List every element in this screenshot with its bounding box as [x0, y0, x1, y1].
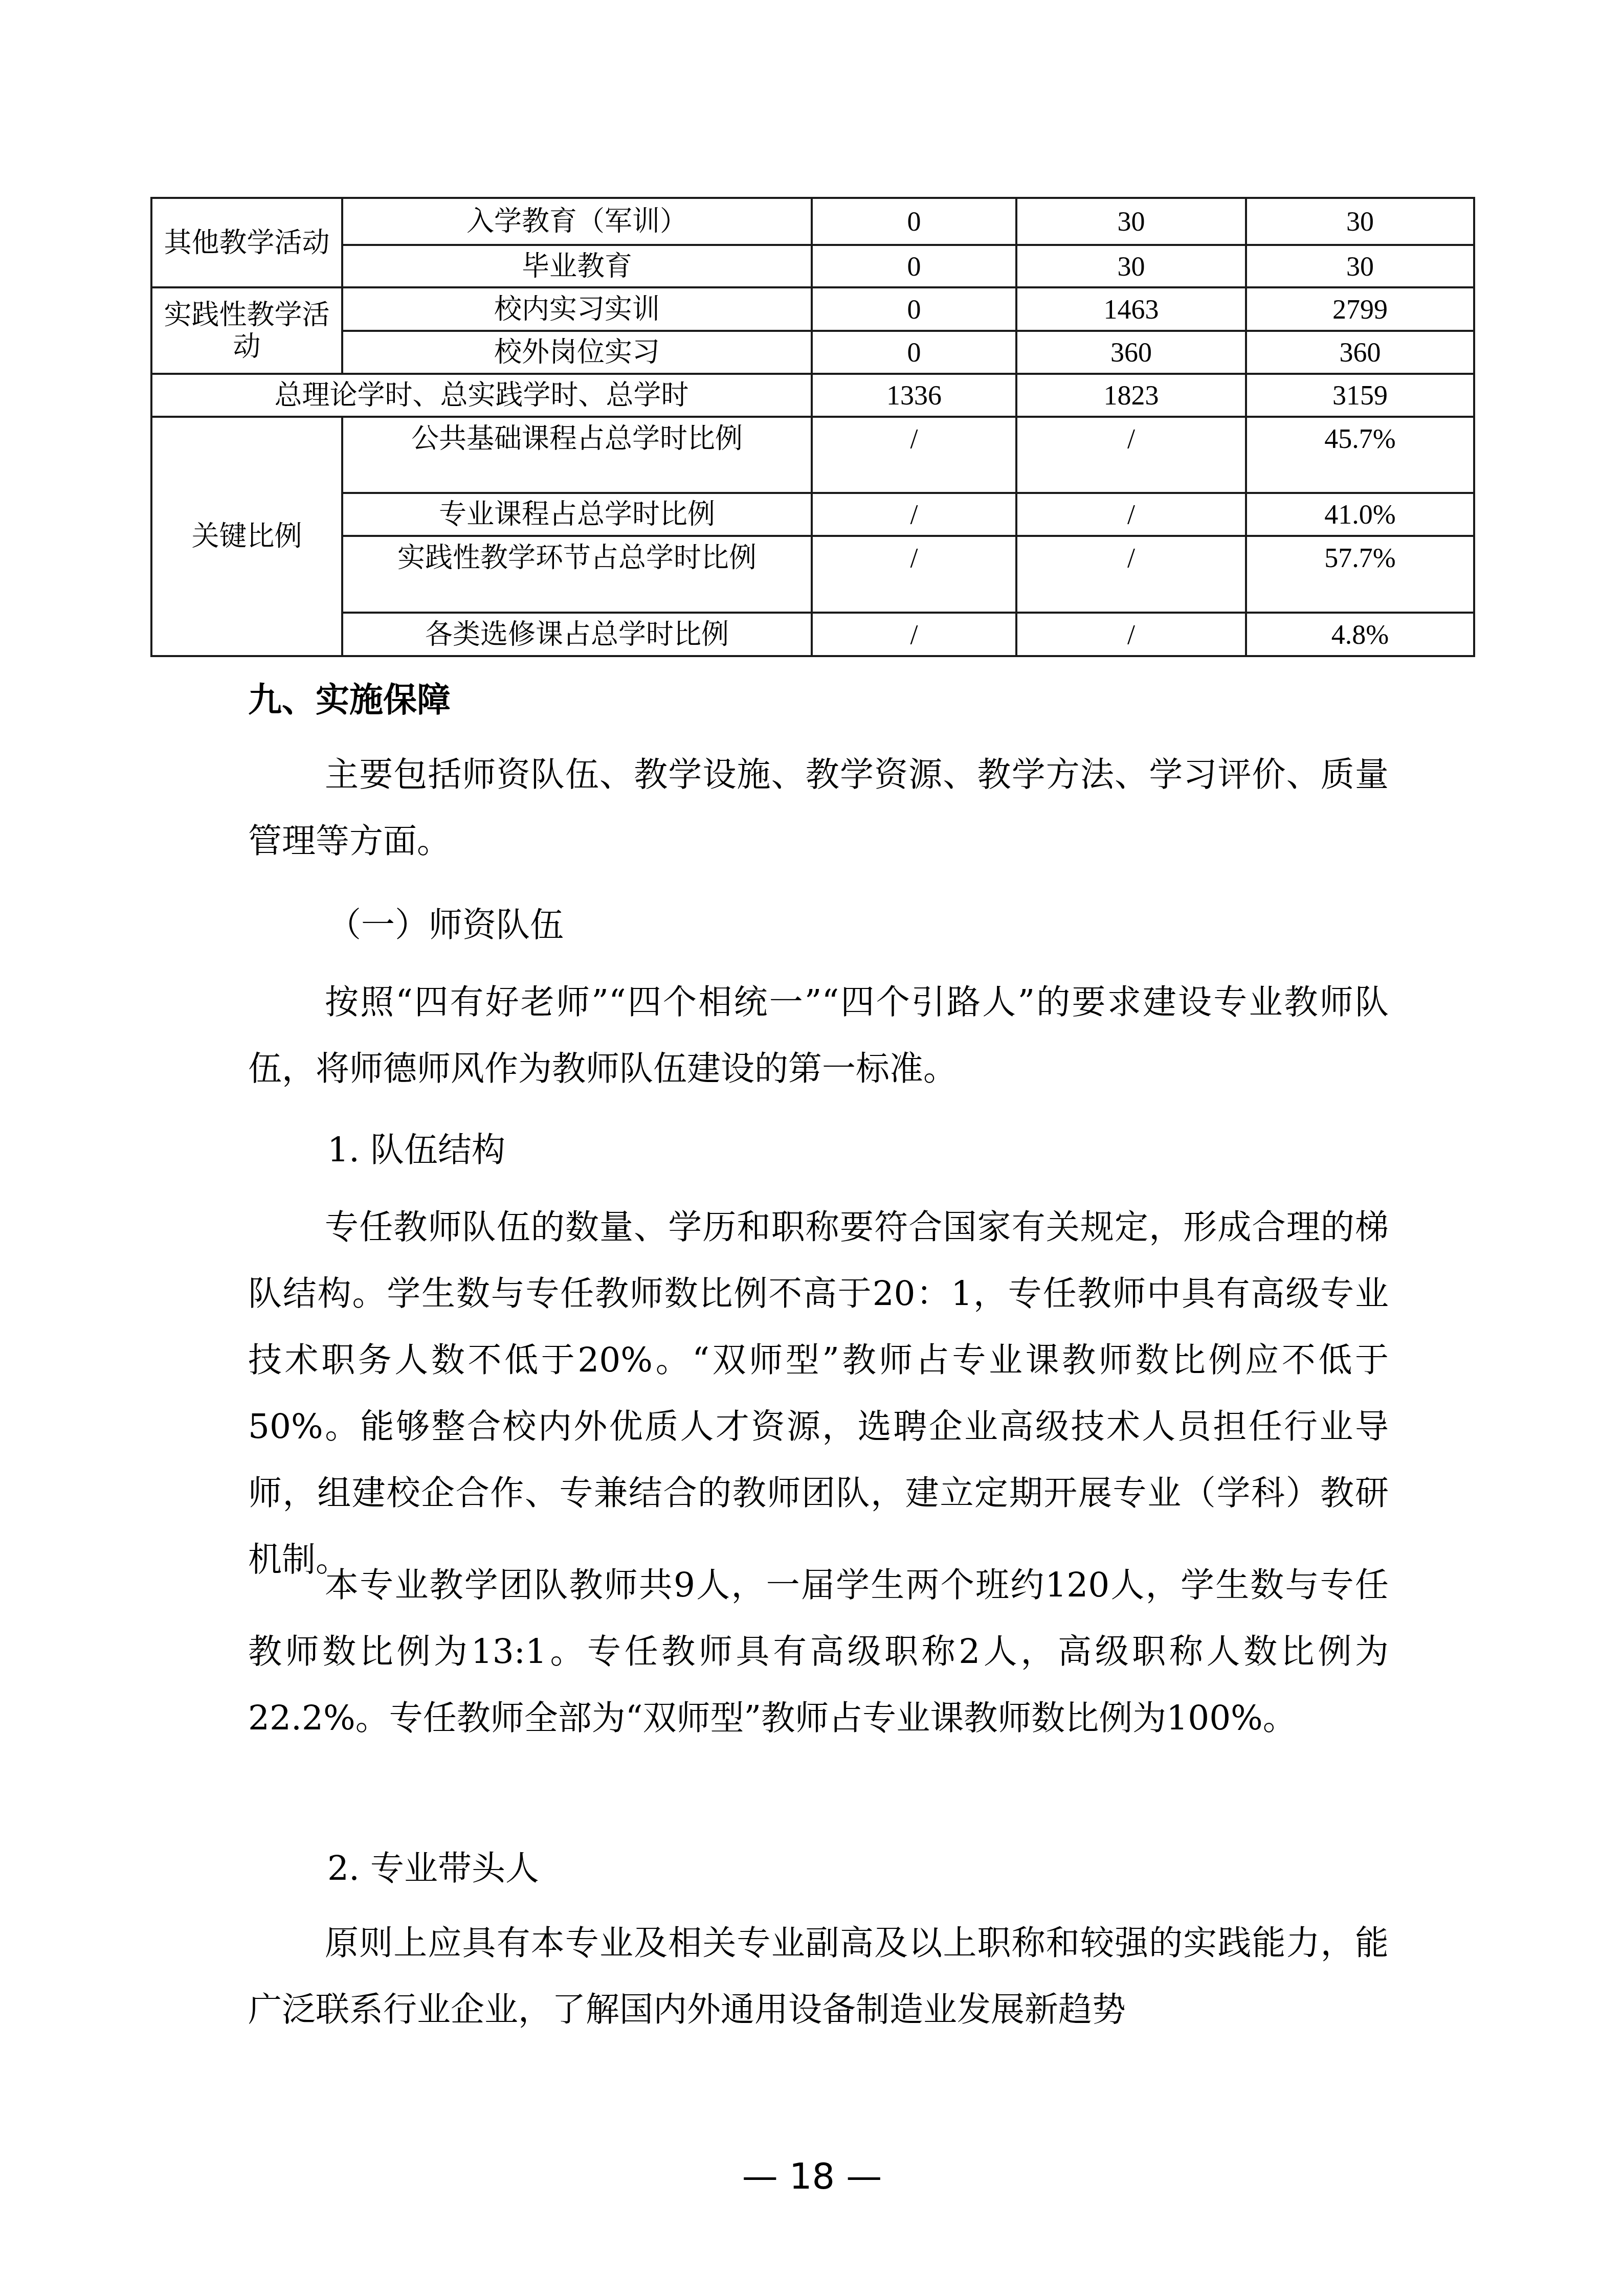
practice-hours-cell: 30 — [1016, 198, 1246, 245]
grand-total: 3159 — [1246, 374, 1474, 417]
ratio-item-cell: 公共基础课程占总学时比例 — [342, 417, 812, 493]
ratio-practice-cell: / — [1016, 536, 1246, 613]
team-structure-requirements: 专任教师队伍的数量、学历和职称要符合国家有关规定，形成合理的梯队结构。学生数与专… — [248, 1194, 1389, 1593]
ratio-value-cell: 57.7% — [1246, 536, 1474, 613]
ratio-item-cell: 实践性教学环节占总学时比例 — [342, 536, 812, 613]
total-hours-cell: 2799 — [1246, 287, 1474, 331]
practice-hours-cell: 360 — [1016, 331, 1246, 374]
subsection-heading: （一）师资队伍 — [327, 897, 564, 946]
program-leader-requirements: 原则上应具有本专业及相关专业副高及以上职称和较强的实践能力，能广泛联系行业企业，… — [248, 1910, 1389, 2043]
practice-hours-cell: 30 — [1016, 245, 1246, 287]
item-cell: 校外岗位实习 — [342, 331, 812, 374]
subsection-intro: 按照“四有好老师”“四个相统一”“四个引路人”的要求建设专业教师队伍，将师德师风… — [248, 969, 1389, 1102]
ratio-row: 关键比例 公共基础课程占总学时比例 / / 45.7% — [151, 417, 1474, 493]
totals-row: 总理论学时、总实践学时、总学时 1336 1823 3159 — [151, 374, 1474, 417]
ratio-practice-cell: / — [1016, 613, 1246, 656]
table-row: 毕业教育 0 30 30 — [151, 245, 1474, 287]
theory-hours-cell: 0 — [812, 287, 1016, 331]
section-intro: 主要包括师资队伍、教学设施、教学资源、教学方法、学习评价、质量管理等方面。 — [248, 741, 1389, 874]
course-hours-table: 其他教学活动 入学教育（军训） 0 30 30 毕业教育 0 30 30 实践性… — [150, 197, 1475, 657]
table-row: 其他教学活动 入学教育（军训） 0 30 30 — [151, 198, 1474, 245]
ratio-item-cell: 各类选修课占总学时比例 — [342, 613, 812, 656]
ratio-theory-cell: / — [812, 493, 1016, 536]
page-number: — 18 — — [0, 2155, 1624, 2197]
ratio-theory-cell: / — [812, 536, 1016, 613]
team-structure-actual: 本专业教学团队教师共9人，一届学生两个班约120人，学生数与专任教师数比例为13… — [248, 1552, 1389, 1751]
ratio-practice-cell: / — [1016, 417, 1246, 493]
section-heading: 九、实施保障 — [248, 672, 451, 721]
ratio-item-cell: 专业课程占总学时比例 — [342, 493, 812, 536]
total-hours-cell: 360 — [1246, 331, 1474, 374]
table-row: 实践性教学活动 校内实习实训 0 1463 2799 — [151, 287, 1474, 331]
group-cell: 实践性教学活动 — [151, 287, 342, 374]
ratio-group-cell: 关键比例 — [151, 417, 342, 656]
item-heading-program-leader: 2. 专业带头人 — [327, 1841, 539, 1889]
group-cell: 其他教学活动 — [151, 198, 342, 287]
table-row: 校外岗位实习 0 360 360 — [151, 331, 1474, 374]
ratio-theory-cell: / — [812, 417, 1016, 493]
item-cell: 校内实习实训 — [342, 287, 812, 331]
item-heading-team-structure: 1. 队伍结构 — [327, 1122, 505, 1171]
practice-hours-cell: 1463 — [1016, 287, 1246, 331]
theory-hours-cell: 0 — [812, 198, 1016, 245]
theory-total: 1336 — [812, 374, 1016, 417]
ratio-value-cell: 45.7% — [1246, 417, 1474, 493]
total-hours-cell: 30 — [1246, 198, 1474, 245]
ratio-row: 各类选修课占总学时比例 / / 4.8% — [151, 613, 1474, 656]
totals-label: 总理论学时、总实践学时、总学时 — [151, 374, 812, 417]
theory-hours-cell: 0 — [812, 245, 1016, 287]
ratio-value-cell: 4.8% — [1246, 613, 1474, 656]
practice-total: 1823 — [1016, 374, 1246, 417]
total-hours-cell: 30 — [1246, 245, 1474, 287]
ratio-theory-cell: / — [812, 613, 1016, 656]
ratio-row: 专业课程占总学时比例 / / 41.0% — [151, 493, 1474, 536]
ratio-row: 实践性教学环节占总学时比例 / / 57.7% — [151, 536, 1474, 613]
item-cell: 毕业教育 — [342, 245, 812, 287]
item-cell: 入学教育（军训） — [342, 198, 812, 245]
ratio-value-cell: 41.0% — [1246, 493, 1474, 536]
ratio-practice-cell: / — [1016, 493, 1246, 536]
theory-hours-cell: 0 — [812, 331, 1016, 374]
